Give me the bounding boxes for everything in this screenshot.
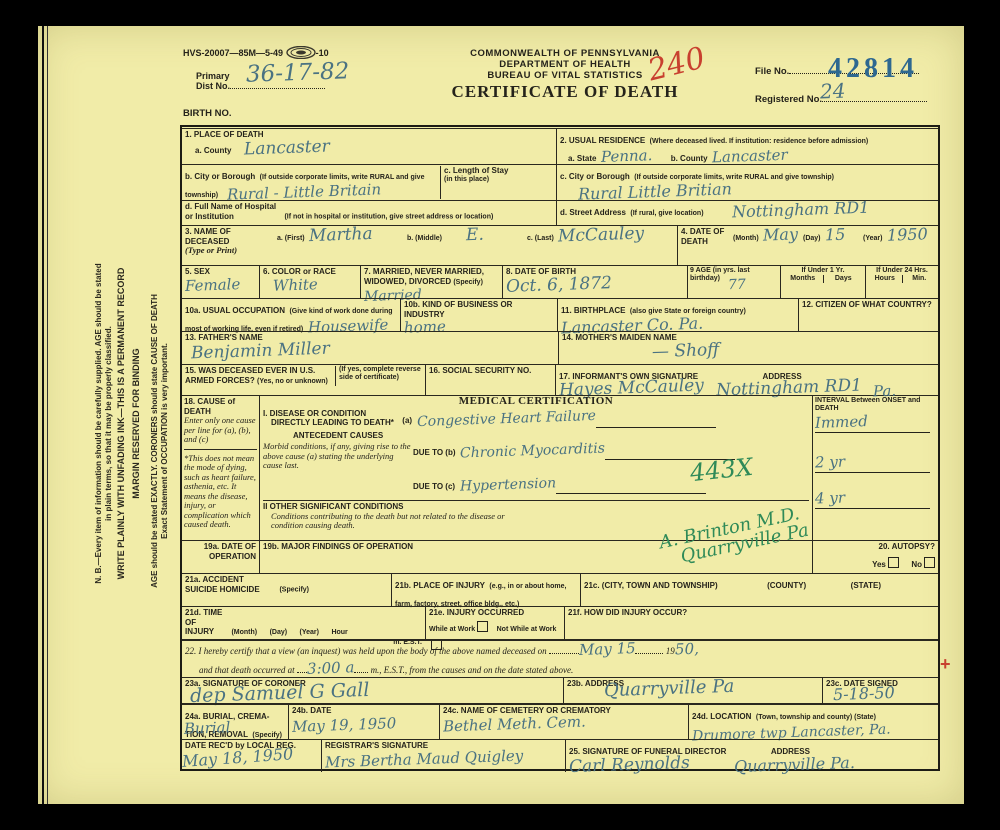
section-armed-forces: 15. WAS DECEASED EVER IN U.S. ARMED FORC… bbox=[182, 365, 425, 395]
row-name-dateofdeath: 3. NAME OF DECEASED (Type or Print) a. (… bbox=[182, 225, 938, 265]
section-cemetery-name: 24c. NAME OF CEMETERY OR CREMATORY Bethe… bbox=[439, 705, 688, 739]
mothers-maiden-name-value: — Shoff bbox=[652, 341, 720, 360]
autopsy-yes-checkbox bbox=[888, 557, 899, 568]
interval-b-value: 2 yr bbox=[815, 454, 845, 470]
row-place-residence: 1. PLACE OF DEATH a. County Lancaster b.… bbox=[182, 128, 938, 225]
funeral-director-signature-value: Carl Reynolds bbox=[569, 755, 690, 776]
section-fathers-name: 13. FATHER'S NAME Benjamin Miller bbox=[182, 332, 558, 364]
row-coroner-certification: 22. I hereby certify that a view (an inq… bbox=[182, 639, 938, 677]
section-color-race: 6. COLOR or RACE White bbox=[259, 266, 360, 298]
section-burial-type: 24a. BURIAL, CREMA- TION, REMOVAL (Speci… bbox=[182, 705, 288, 739]
dist-number-handwritten: 36-17-82 bbox=[246, 60, 350, 87]
green-code-value: 443X bbox=[689, 455, 754, 485]
section-registrar-signature: REGISTRAR'S SIGNATURE Mrs Bertha Maud Qu… bbox=[321, 740, 565, 772]
certificate-title: CERTIFICATE OF DEATH bbox=[410, 82, 720, 102]
row-operation-autopsy: 19a. DATE OF OPERATION 19b. MAJOR FINDIN… bbox=[182, 540, 938, 573]
residence-county-value: Lancaster bbox=[712, 148, 788, 166]
last-name-value: McCauley bbox=[558, 226, 645, 246]
death-month-value: May bbox=[763, 226, 799, 243]
interval-c-value: 4 yr bbox=[815, 490, 845, 506]
birth-no-label: BIRTH NO. bbox=[183, 108, 232, 119]
cause-a-value: Congestive Heart Failure bbox=[416, 408, 595, 428]
section-injury-occurred: 21e. INJURY OCCURRED While at Work Not W… bbox=[425, 607, 564, 639]
middle-name-value: E. bbox=[466, 227, 484, 245]
cause-b-value: Chronic Myocarditis bbox=[460, 441, 605, 460]
section-usual-residence: 2. USUAL RESIDENCE (Where deceased lived… bbox=[556, 129, 938, 225]
row-injury-place: 21a. ACCIDENT SUICIDE HOMICIDE (Specify)… bbox=[182, 573, 938, 606]
registrar-signature-value: Mrs Bertha Maud Quigley bbox=[325, 748, 524, 770]
interval-a-value: Immed bbox=[815, 414, 868, 431]
death-time-value: 3:00 a bbox=[307, 660, 355, 677]
county-of-death-value: Lancaster bbox=[244, 138, 330, 158]
section-major-findings: 19b. MAJOR FINDINGS OF OPERATION A. Brin… bbox=[259, 541, 812, 573]
first-name-value: Martha bbox=[309, 226, 373, 245]
section-how-injury-occurred: 21f. HOW DID INJURY OCCUR? bbox=[564, 607, 938, 639]
informant-address-overflow: Pa. bbox=[873, 384, 897, 400]
certificate-paper: N. B.—Every item of information should b… bbox=[38, 26, 964, 804]
cause-c-value: Hypertension bbox=[459, 476, 556, 493]
row-sex-race-marital-dob-age: 5. SEX Female 6. COLOR or RACE White 7. … bbox=[182, 265, 938, 298]
section-accident-suicide-homicide: 21a. ACCIDENT SUICIDE HOMICIDE (Specify) bbox=[182, 574, 391, 606]
section-marital-status: 7. MARRIED, NEVER MARRIED, WIDOWED, DIVO… bbox=[360, 266, 502, 298]
residence-street-value: Nottingham RD1 bbox=[732, 200, 870, 221]
section-date-of-birth: 8. DATE OF BIRTH Oct. 6, 1872 bbox=[502, 266, 687, 298]
age-value: 77 bbox=[728, 278, 746, 293]
autopsy-no-checkbox bbox=[924, 557, 935, 568]
death-day-value: 15 bbox=[825, 227, 846, 244]
section-coroner-address: 23b. ADDRESS Quarryville Pa bbox=[563, 678, 822, 703]
residence-state-value: Penna. bbox=[601, 148, 653, 165]
registered-no-handwritten: 24 bbox=[820, 81, 846, 102]
section-citizen: 12. CITIZEN OF WHAT COUNTRY? bbox=[798, 299, 938, 331]
date-signed-value: 5-18-50 bbox=[833, 685, 895, 703]
while-at-work-checkbox bbox=[477, 621, 488, 632]
city-of-death-value: Rural - Little Britain bbox=[226, 182, 381, 202]
section-cause-of-death-notes: 18. CAUSE of DEATH Enter only one cause … bbox=[182, 396, 259, 540]
view-year-value: 50, bbox=[674, 642, 698, 658]
section-date-received: DATE REC'D by LOCAL REG. May 18, 1950 bbox=[182, 740, 321, 772]
section-injury-city-county-state: 21c. (CITY, TOWN AND TOWNSHIP) (COUNTY) … bbox=[580, 574, 938, 606]
row-burial: 24a. BURIAL, CREMA- TION, REMOVAL (Speci… bbox=[182, 703, 938, 739]
section-place-of-death: 1. PLACE OF DEATH a. County Lancaster b.… bbox=[182, 129, 556, 225]
row-parents: 13. FATHER'S NAME Benjamin Miller 14. MO… bbox=[182, 331, 938, 364]
scanned-death-certificate: { "colors":{"paper":"#f1eca8","printed_i… bbox=[0, 0, 1000, 830]
margin-note-reserved: MARGIN RESERVED FOR BINDING bbox=[131, 56, 141, 791]
certificate-form: 1. PLACE OF DEATH a. County Lancaster b.… bbox=[180, 125, 940, 771]
section-cemetery-location: 24d. LOCATION (Town, township and county… bbox=[688, 705, 938, 739]
section-place-of-injury: 21b. PLACE OF INJURY (e.g., in or about … bbox=[391, 574, 580, 606]
section-mothers-maiden-name: 14. MOTHER'S MAIDEN NAME — Shoff bbox=[558, 332, 938, 364]
section-burial-date: 24b. DATE May 19, 1950 bbox=[288, 705, 439, 739]
row-medical-certification: 18. CAUSE of DEATH Enter only one cause … bbox=[182, 395, 938, 540]
date-of-birth-value: Oct. 6, 1872 bbox=[506, 275, 613, 296]
section-social-security: 16. SOCIAL SECURITY NO. bbox=[425, 365, 555, 395]
row-registrar: DATE REC'D by LOCAL REG. May 18, 1950 RE… bbox=[182, 739, 938, 772]
section-age: 9 AGE (in yrs. last birthday) 77 If Unde… bbox=[687, 266, 938, 298]
burial-type-value: Burial bbox=[184, 720, 231, 737]
section-birthplace: 11. BIRTHPLACE (also give State or forei… bbox=[557, 299, 798, 331]
burial-date-value: May 19, 1950 bbox=[292, 716, 397, 735]
coroner-address-value: Quarryville Pa bbox=[604, 678, 735, 701]
cemetery-name-value: Bethel Meth. Cem. bbox=[443, 714, 586, 734]
red-plus-mark: + bbox=[940, 654, 951, 675]
section-name-of-deceased: 3. NAME OF DECEASED (Type or Print) a. (… bbox=[182, 226, 677, 265]
section-autopsy: 20. AUTOPSY? Yes No bbox=[812, 541, 938, 573]
section-sex: 5. SEX Female bbox=[182, 266, 259, 298]
margin-note-age: AGE should be stated EXACTLY. CORONERS s… bbox=[150, 91, 170, 791]
fathers-name-value: Benjamin Miller bbox=[191, 340, 330, 362]
margin-note-nb: N. B.—Every item of information should b… bbox=[94, 56, 114, 791]
section-kind-of-business: 10b. KIND OF BUSINESS OR INDUSTRY home bbox=[400, 299, 557, 331]
section-date-of-death: 4. DATE OF DEATH (Month) May (Day) 15 (Y… bbox=[677, 226, 938, 265]
view-date-value: May 15 bbox=[579, 641, 636, 658]
sex-value: Female bbox=[185, 277, 241, 294]
section-date-of-operation: 19a. DATE OF OPERATION bbox=[182, 541, 259, 573]
section-funeral-director: 25. SIGNATURE OF FUNERAL DIRECTOR ADDRES… bbox=[565, 740, 938, 772]
death-year-value: 1950 bbox=[887, 226, 928, 243]
row-injury-time: 21d. TIME OF INJURY (Month) (Day) (Year)… bbox=[182, 606, 938, 639]
section-coroner-signature: 23a. SIGNATURE OF CORONER dep Samuel G G… bbox=[182, 678, 563, 703]
section-date-signed: 23c. DATE SIGNED 5-18-50 bbox=[822, 678, 938, 703]
funeral-director-address-value: Quarryville Pa. bbox=[734, 755, 855, 775]
row-occupation-birthplace: 10a. USUAL OCCUPATION (Give kind of work… bbox=[182, 298, 938, 331]
section-time-of-injury: 21d. TIME OF INJURY (Month) (Day) (Year)… bbox=[182, 607, 425, 639]
row-armedforces-ssn-informant: 15. WAS DECEASED EVER IN U.S. ARMED FORC… bbox=[182, 364, 938, 395]
margin-note-write-plainly: WRITE PLAINLY WITH UNFADING INK—THIS IS … bbox=[116, 56, 126, 791]
date-received-value: May 18, 1950 bbox=[182, 746, 294, 770]
residence-city-value: Rural Little Britian bbox=[578, 181, 732, 202]
section-interval: INTERVAL Between ONSET and DEATH Immed 2… bbox=[812, 396, 938, 540]
section-usual-occupation: 10a. USUAL OCCUPATION (Give kind of work… bbox=[182, 299, 400, 331]
row-coroner-signature: 23a. SIGNATURE OF CORONER dep Samuel G G… bbox=[182, 677, 938, 703]
section-certify-statement: 22. I hereby certify that a view (an inq… bbox=[182, 641, 938, 677]
race-value: White bbox=[273, 277, 318, 294]
